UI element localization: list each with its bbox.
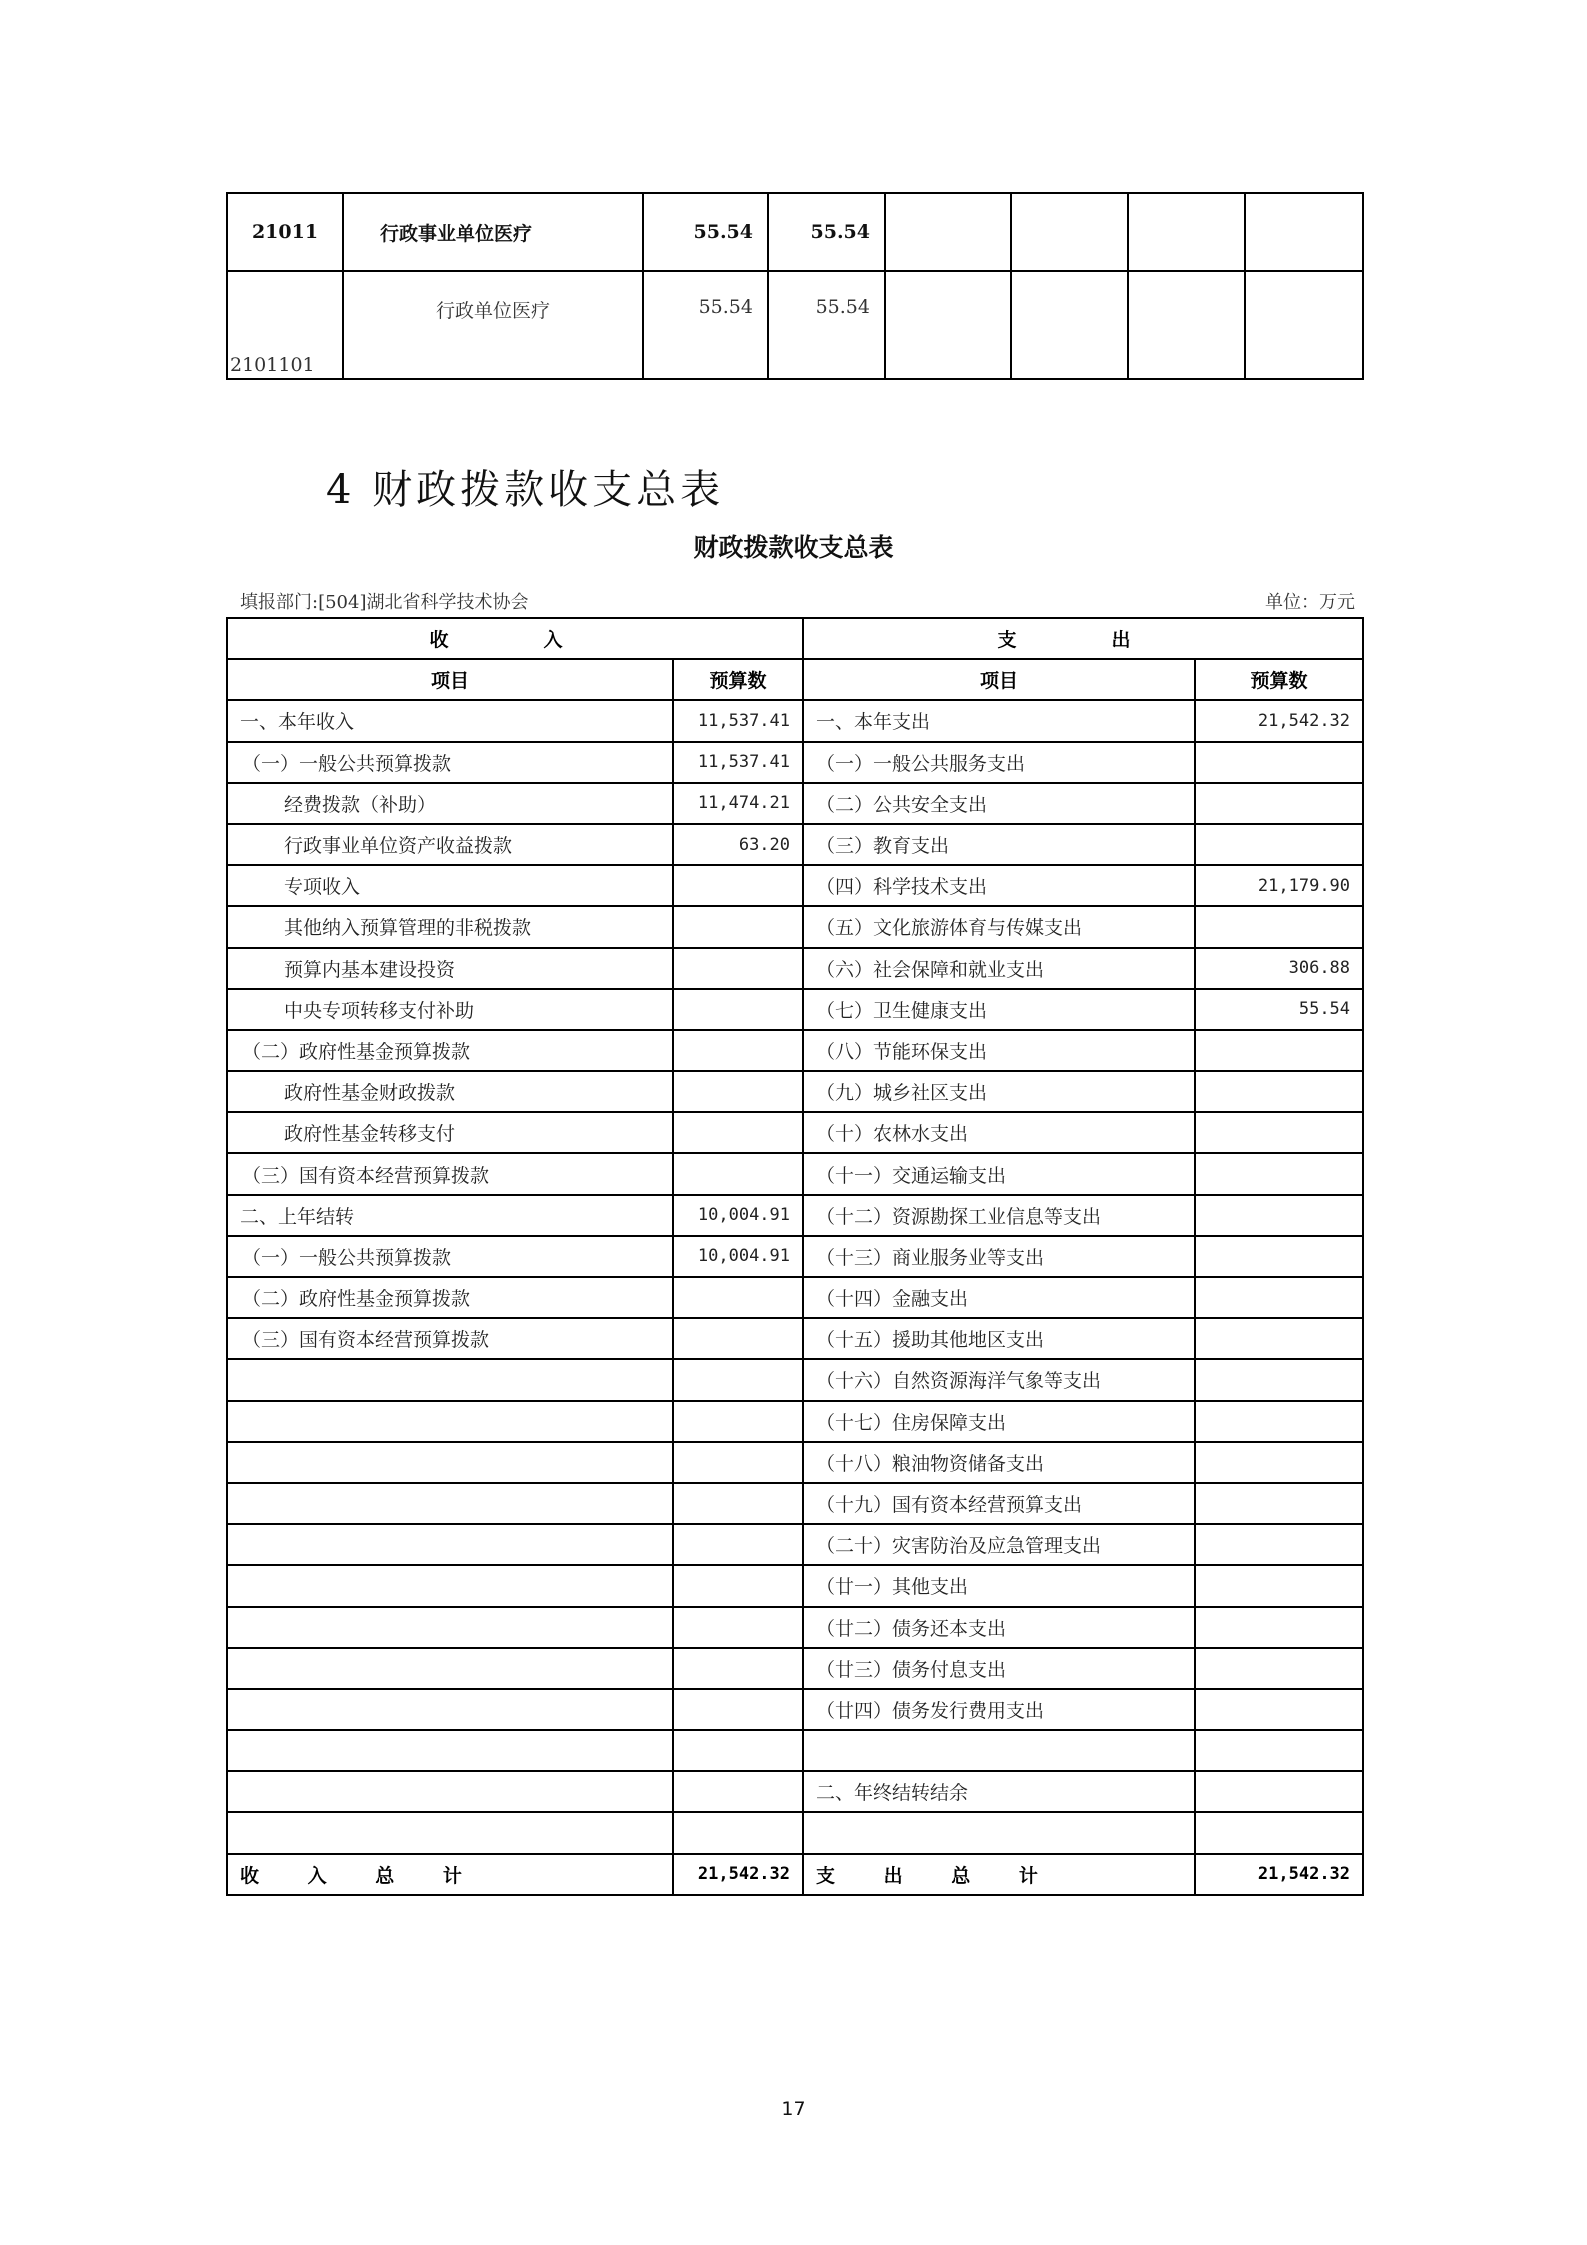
fiscal-appropriation-summary-table: 收 入 支 出 项目 预算数 项目 预算数 一、本年收入11,537.41一、本… xyxy=(226,617,1364,1896)
amount-cell xyxy=(1128,271,1245,379)
expense-budget xyxy=(1195,1565,1363,1606)
amount-cell: 55.54 xyxy=(768,271,885,379)
income-budget xyxy=(673,1442,803,1483)
income-budget: 11,474.21 xyxy=(673,783,803,824)
table-body: 一、本年收入11,537.41一、本年支出21,542.32（一）一般公共预算拨… xyxy=(227,700,1363,1853)
expense-budget xyxy=(1195,1812,1363,1853)
expense-item: （八）节能环保支出 xyxy=(803,1030,1195,1071)
income-budget xyxy=(673,865,803,906)
amount-cell xyxy=(1011,271,1128,379)
expense-item: （十二）资源勘探工业信息等支出 xyxy=(803,1195,1195,1236)
expense-budget xyxy=(1195,1524,1363,1565)
income-budget xyxy=(673,1812,803,1853)
income-item: 政府性基金转移支付 xyxy=(227,1112,673,1153)
income-total-label: 收 入 总 计 xyxy=(227,1854,673,1895)
table-row: （廿一）其他支出 xyxy=(227,1565,1363,1606)
page-number: 17 xyxy=(0,2098,1587,2120)
amount-cell: 55.54 xyxy=(643,193,768,271)
total-row: 收 入 总 计 21,542.32 支 出 总 计 21,542.32 xyxy=(227,1854,1363,1895)
expense-budget xyxy=(1195,1277,1363,1318)
expense-budget xyxy=(1195,1071,1363,1112)
continuation-table: 21011 行政事业单位医疗 55.54 55.54 2101101 行政单位医… xyxy=(226,192,1364,380)
income-budget xyxy=(673,1071,803,1112)
income-budget xyxy=(673,1153,803,1194)
income-item xyxy=(227,1524,673,1565)
table-row: 2101101 行政单位医疗 55.54 55.54 xyxy=(227,271,1363,379)
income-budget xyxy=(673,1607,803,1648)
expense-total-label: 支 出 总 计 xyxy=(803,1854,1195,1895)
income-item xyxy=(227,1401,673,1442)
expense-item: （一）一般公共服务支出 xyxy=(803,742,1195,783)
expense-item: （三）教育支出 xyxy=(803,824,1195,865)
table-row: 二、上年结转10,004.91（十二）资源勘探工业信息等支出 xyxy=(227,1195,1363,1236)
table-row: 二、年终结转结余 xyxy=(227,1771,1363,1812)
table-row: 行政事业单位资产收益拨款63.20（三）教育支出 xyxy=(227,824,1363,865)
table-row: （三）国有资本经营预算拨款（十一）交通运输支出 xyxy=(227,1153,1363,1194)
table-row: （廿二）债务还本支出 xyxy=(227,1607,1363,1648)
table-row xyxy=(227,1730,1363,1771)
table-row: （一）一般公共预算拨款11,537.41（一）一般公共服务支出 xyxy=(227,742,1363,783)
table-row: （廿三）债务付息支出 xyxy=(227,1648,1363,1689)
function-code: 21011 xyxy=(227,193,343,271)
expense-budget xyxy=(1195,742,1363,783)
function-name: 行政单位医疗 xyxy=(343,271,643,379)
expense-budget: 21,542.32 xyxy=(1195,700,1363,741)
amount-cell xyxy=(885,271,1011,379)
table-row: 中央专项转移支付补助（七）卫生健康支出55.54 xyxy=(227,989,1363,1030)
income-header-label: 收 入 xyxy=(430,629,601,651)
income-budget xyxy=(673,1648,803,1689)
income-item: 其他纳入预算管理的非税拨款 xyxy=(227,906,673,947)
income-item xyxy=(227,1812,673,1853)
expense-budget xyxy=(1195,1648,1363,1689)
table-row: 其他纳入预算管理的非税拨款（五）文化旅游体育与传媒支出 xyxy=(227,906,1363,947)
expense-budget xyxy=(1195,783,1363,824)
expense-budget xyxy=(1195,1442,1363,1483)
amount-cell xyxy=(1245,271,1363,379)
expense-budget xyxy=(1195,1236,1363,1277)
table-row: （十八）粮油物资储备支出 xyxy=(227,1442,1363,1483)
income-item xyxy=(227,1771,673,1812)
income-item: 专项收入 xyxy=(227,865,673,906)
income-budget: 11,537.41 xyxy=(673,700,803,741)
column-header-row: 项目 预算数 项目 预算数 xyxy=(227,659,1363,700)
income-budget xyxy=(673,1030,803,1071)
table-row: （十六）自然资源海洋气象等支出 xyxy=(227,1359,1363,1400)
income-item xyxy=(227,1648,673,1689)
income-budget xyxy=(673,1277,803,1318)
expense-section-header: 支 出 xyxy=(803,618,1363,659)
expense-item: （六）社会保障和就业支出 xyxy=(803,948,1195,989)
table-row: 政府性基金财政拨款（九）城乡社区支出 xyxy=(227,1071,1363,1112)
table-row: （二）政府性基金预算拨款（十四）金融支出 xyxy=(227,1277,1363,1318)
table-title: 财政拨款收支总表 xyxy=(0,528,1587,564)
expense-budget xyxy=(1195,1689,1363,1730)
table-row: 政府性基金转移支付（十）农林水支出 xyxy=(227,1112,1363,1153)
income-item: 二、上年结转 xyxy=(227,1195,673,1236)
expense-budget: 55.54 xyxy=(1195,989,1363,1030)
expense-budget xyxy=(1195,824,1363,865)
expense-item: （廿四）债务发行费用支出 xyxy=(803,1689,1195,1730)
amount-cell: 55.54 xyxy=(643,271,768,379)
expense-budget xyxy=(1195,1730,1363,1771)
income-item xyxy=(227,1689,673,1730)
income-item: （二）政府性基金预算拨款 xyxy=(227,1030,673,1071)
expense-budget: 306.88 xyxy=(1195,948,1363,989)
expense-item: （九）城乡社区支出 xyxy=(803,1071,1195,1112)
income-item xyxy=(227,1607,673,1648)
expense-item: （十八）粮油物资储备支出 xyxy=(803,1442,1195,1483)
table-row: 经费拨款（补助）11,474.21（二）公共安全支出 xyxy=(227,783,1363,824)
income-item xyxy=(227,1359,673,1400)
amount-cell xyxy=(1128,193,1245,271)
income-item: （一）一般公共预算拨款 xyxy=(227,742,673,783)
expense-item: （十九）国有资本经营预算支出 xyxy=(803,1483,1195,1524)
table-row: （十九）国有资本经营预算支出 xyxy=(227,1483,1363,1524)
expense-budget xyxy=(1195,1401,1363,1442)
table-row: （二）政府性基金预算拨款（八）节能环保支出 xyxy=(227,1030,1363,1071)
expense-item: 二、年终结转结余 xyxy=(803,1771,1195,1812)
section-heading: 4 财政拨款收支总表 xyxy=(326,458,724,515)
expense-item: （十六）自然资源海洋气象等支出 xyxy=(803,1359,1195,1400)
expense-item: （二）公共安全支出 xyxy=(803,783,1195,824)
income-budget xyxy=(673,948,803,989)
expense-budget xyxy=(1195,1112,1363,1153)
expense-item: （十）农林水支出 xyxy=(803,1112,1195,1153)
table-row: （十七）住房保障支出 xyxy=(227,1401,1363,1442)
function-name: 行政事业单位医疗 xyxy=(343,193,643,271)
income-section-header: 收 入 xyxy=(227,618,803,659)
income-item: （三）国有资本经营预算拨款 xyxy=(227,1153,673,1194)
table-row: 一、本年收入11,537.41一、本年支出21,542.32 xyxy=(227,700,1363,741)
table-row: 预算内基本建设投资（六）社会保障和就业支出306.88 xyxy=(227,948,1363,989)
income-item xyxy=(227,1730,673,1771)
amount-cell: 55.54 xyxy=(768,193,885,271)
income-budget: 63.20 xyxy=(673,824,803,865)
amount-cell xyxy=(885,193,1011,271)
expense-item: （十五）援助其他地区支出 xyxy=(803,1318,1195,1359)
expense-item: （十一）交通运输支出 xyxy=(803,1153,1195,1194)
table-row: （三）国有资本经营预算拨款（十五）援助其他地区支出 xyxy=(227,1318,1363,1359)
income-budget xyxy=(673,1401,803,1442)
expense-budget xyxy=(1195,906,1363,947)
income-budget-header: 预算数 xyxy=(673,659,803,700)
income-item: （二）政府性基金预算拨款 xyxy=(227,1277,673,1318)
income-item: （三）国有资本经营预算拨款 xyxy=(227,1318,673,1359)
table-row: （廿四）债务发行费用支出 xyxy=(227,1689,1363,1730)
function-code: 2101101 xyxy=(227,271,343,379)
expense-item: （五）文化旅游体育与传媒支出 xyxy=(803,906,1195,947)
expense-budget xyxy=(1195,1483,1363,1524)
section-header-row: 收 入 支 出 xyxy=(227,618,1363,659)
expense-item xyxy=(803,1812,1195,1853)
income-budget xyxy=(673,1565,803,1606)
expense-item: （廿二）债务还本支出 xyxy=(803,1607,1195,1648)
income-item-header: 项目 xyxy=(227,659,673,700)
table-row xyxy=(227,1812,1363,1853)
income-budget xyxy=(673,1771,803,1812)
income-budget: 11,537.41 xyxy=(673,742,803,783)
table-row: （一）一般公共预算拨款10,004.91（十三）商业服务业等支出 xyxy=(227,1236,1363,1277)
income-item: 预算内基本建设投资 xyxy=(227,948,673,989)
income-budget: 10,004.91 xyxy=(673,1236,803,1277)
income-budget: 10,004.91 xyxy=(673,1195,803,1236)
unit-label: 单位：万元 xyxy=(1265,588,1355,614)
income-budget xyxy=(673,1730,803,1771)
expense-item-header: 项目 xyxy=(803,659,1195,700)
expense-budget xyxy=(1195,1771,1363,1812)
expense-item: 一、本年支出 xyxy=(803,700,1195,741)
income-item: 中央专项转移支付补助 xyxy=(227,989,673,1030)
income-item: 经费拨款（补助） xyxy=(227,783,673,824)
income-item xyxy=(227,1442,673,1483)
income-budget xyxy=(673,906,803,947)
expense-item: （四）科学技术支出 xyxy=(803,865,1195,906)
expense-budget xyxy=(1195,1153,1363,1194)
income-budget xyxy=(673,1483,803,1524)
expense-item: （十七）住房保障支出 xyxy=(803,1401,1195,1442)
income-budget xyxy=(673,1524,803,1565)
income-item: 一、本年收入 xyxy=(227,700,673,741)
expense-item: （七）卫生健康支出 xyxy=(803,989,1195,1030)
table-row: （二十）灾害防治及应急管理支出 xyxy=(227,1524,1363,1565)
expense-total-value: 21,542.32 xyxy=(1195,1854,1363,1895)
income-budget xyxy=(673,1689,803,1730)
income-budget xyxy=(673,989,803,1030)
income-budget xyxy=(673,1318,803,1359)
expense-budget xyxy=(1195,1030,1363,1071)
expense-budget xyxy=(1195,1607,1363,1648)
table-row: 专项收入（四）科学技术支出21,179.90 xyxy=(227,865,1363,906)
expense-item: （廿一）其他支出 xyxy=(803,1565,1195,1606)
table-row: 21011 行政事业单位医疗 55.54 55.54 xyxy=(227,193,1363,271)
reporting-department: 填报部门:[504]湖北省科学技术协会 xyxy=(240,588,528,614)
amount-cell xyxy=(1245,193,1363,271)
expense-item: （十四）金融支出 xyxy=(803,1277,1195,1318)
income-item: （一）一般公共预算拨款 xyxy=(227,1236,673,1277)
income-budget xyxy=(673,1359,803,1400)
income-item: 政府性基金财政拨款 xyxy=(227,1071,673,1112)
expense-budget xyxy=(1195,1195,1363,1236)
income-item xyxy=(227,1565,673,1606)
expense-item xyxy=(803,1730,1195,1771)
expense-item: （二十）灾害防治及应急管理支出 xyxy=(803,1524,1195,1565)
amount-cell xyxy=(1011,193,1128,271)
expense-header-label: 支 出 xyxy=(998,629,1169,651)
income-item: 行政事业单位资产收益拨款 xyxy=(227,824,673,865)
income-total-value: 21,542.32 xyxy=(673,1854,803,1895)
expense-budget-header: 预算数 xyxy=(1195,659,1363,700)
expense-budget xyxy=(1195,1359,1363,1400)
expense-budget: 21,179.90 xyxy=(1195,865,1363,906)
income-budget xyxy=(673,1112,803,1153)
expense-item: （廿三）债务付息支出 xyxy=(803,1648,1195,1689)
expense-budget xyxy=(1195,1318,1363,1359)
income-item xyxy=(227,1483,673,1524)
expense-item: （十三）商业服务业等支出 xyxy=(803,1236,1195,1277)
